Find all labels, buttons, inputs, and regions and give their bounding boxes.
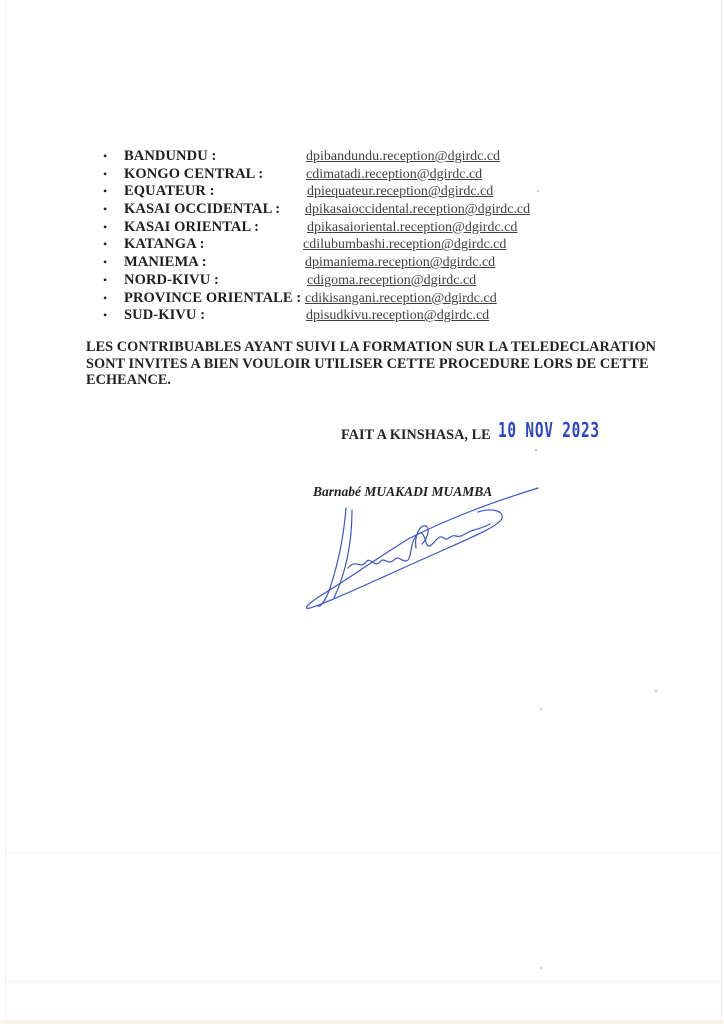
scan-speck	[540, 967, 542, 969]
place-and-date-label: FAIT A KINSHASA, LE	[341, 427, 491, 444]
email-link[interactable]: dpiequateur.reception@dgirdc.cd	[307, 183, 493, 200]
email-link[interactable]: cdikisangani.reception@dgirdc.cd	[305, 290, 497, 307]
scan-artifact-line	[5, 981, 722, 982]
bullet-icon: •	[103, 166, 115, 183]
region-label: KASAI ORIENTAL :	[124, 219, 259, 236]
scan-speck	[537, 190, 539, 192]
email-link[interactable]: cdimatadi.reception@dgirdc.cd	[306, 166, 482, 183]
bullet-icon: •	[103, 272, 115, 289]
date-stamp: 10NOV2023	[498, 418, 608, 442]
region-label: SUD-KIVU :	[124, 307, 205, 324]
region-label: KONGO CENTRAL :	[124, 166, 263, 183]
handwritten-signature	[290, 478, 560, 618]
date-stamp-day: 10	[498, 418, 517, 442]
email-link[interactable]: dpibandundu.reception@dgirdc.cd	[306, 148, 500, 165]
bullet-icon: •	[103, 148, 115, 165]
email-link[interactable]: dpikasaioccidental.reception@dgirdc.cd	[305, 201, 530, 218]
scan-page-edge-right	[721, 0, 722, 1024]
scan-speck	[655, 690, 657, 692]
scan-page-edge-left	[5, 0, 6, 1024]
scan-artifact-line	[5, 852, 722, 853]
bullet-icon: •	[103, 219, 115, 236]
bullet-icon: •	[103, 254, 115, 271]
region-label: BANDUNDU :	[124, 148, 216, 165]
notice-paragraph: LES CONTRIBUABLES AYANT SUIVI LA FORMATI…	[86, 339, 696, 389]
scan-speck	[535, 449, 537, 451]
region-label: KATANGA :	[124, 236, 205, 253]
bullet-icon: •	[103, 201, 115, 218]
bullet-icon: •	[103, 236, 115, 253]
email-link[interactable]: dpikasaioriental.reception@dgirdc.cd	[307, 219, 517, 236]
region-label: PROVINCE ORIENTALE :	[124, 290, 301, 307]
bullet-icon: •	[103, 183, 115, 200]
region-label: NORD-KIVU :	[124, 272, 219, 289]
region-label: KASAI OCCIDENTAL :	[124, 201, 280, 218]
email-link[interactable]: cdilubumbashi.reception@dgirdc.cd	[303, 236, 506, 253]
region-label: EQUATEUR :	[124, 183, 215, 200]
bullet-icon: •	[103, 307, 115, 324]
region-label: MANIEMA :	[124, 254, 207, 271]
date-stamp-month: NOV	[525, 418, 553, 442]
email-link[interactable]: dpimaniema.reception@dgirdc.cd	[305, 254, 495, 271]
bullet-icon: •	[103, 290, 115, 307]
email-link[interactable]: cdigoma.reception@dgirdc.cd	[307, 272, 476, 289]
date-stamp-year: 2023	[562, 418, 600, 442]
scan-bottom-band	[0, 1020, 724, 1024]
email-link[interactable]: dpisudkivu.reception@dgirdc.cd	[306, 307, 489, 324]
scan-speck	[540, 708, 542, 710]
